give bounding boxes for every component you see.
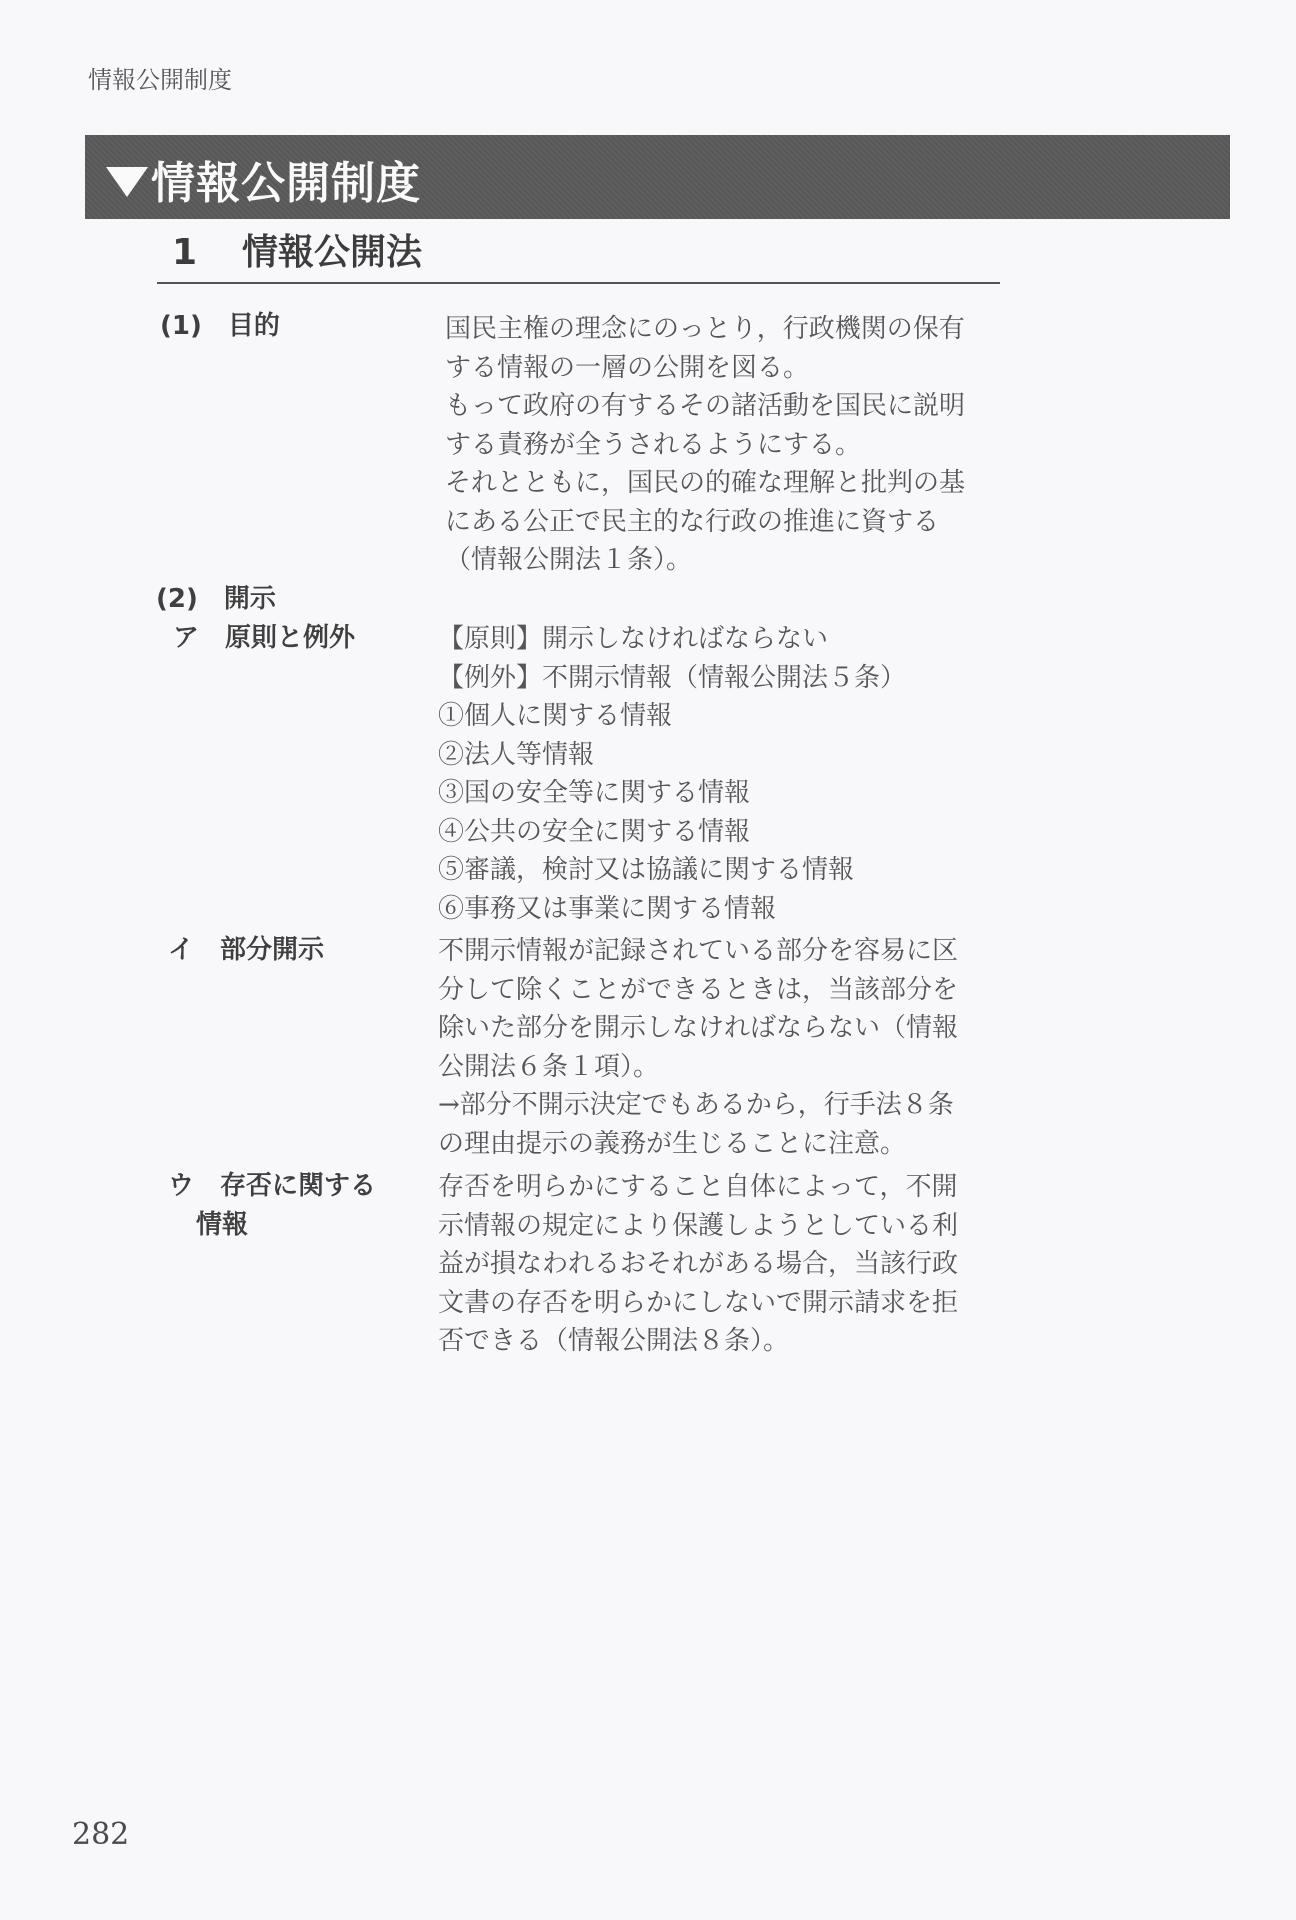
subitem-body-existence: 存否を明らかにすること自体によって，不開 示情報の規定により保護しようとしている… bbox=[438, 1168, 958, 1361]
subitem-body-principle-exception: 【原則】開示しなければならない 【例外】不開示情報（情報公開法５条） ①個人に関… bbox=[438, 620, 906, 928]
chapter-title: 情報公開制度 bbox=[151, 147, 421, 211]
chapter-header-bar: 情報公開制度 bbox=[85, 135, 1230, 219]
subitem-body-partial: 不開示情報が記録されている部分を容易に区 分して除くことができるときは，当該部分… bbox=[438, 932, 958, 1163]
body-line: 国民主権の理念にのっとり，行政機関の保有 bbox=[445, 310, 965, 349]
section-underline bbox=[157, 282, 1000, 284]
body-line: 除いた部分を開示しなければならない（情報 bbox=[438, 1009, 958, 1048]
subitem-label-partial: イ 部分開示 bbox=[168, 929, 324, 966]
body-line: ②法人等情報 bbox=[438, 736, 906, 775]
running-head: 情報公開制度 bbox=[88, 60, 232, 95]
body-line: 示情報の規定により保護しようとしている利 bbox=[438, 1207, 958, 1246]
subitem-label-existence-cont: 情報 bbox=[196, 1204, 248, 1241]
body-line: ①個人に関する情報 bbox=[438, 697, 906, 736]
body-line: ⑥事務又は事業に関する情報 bbox=[438, 890, 906, 929]
body-line: 存否を明らかにすること自体によって，不開 bbox=[438, 1168, 958, 1207]
subitem-label-principle-exception: ア 原則と例外 bbox=[173, 617, 355, 654]
body-line: それとともに，国民の的確な理解と批判の基 bbox=[445, 464, 965, 503]
item-label-disclosure: (2) 開示 bbox=[156, 578, 276, 615]
body-line: 【原則】開示しなければならない bbox=[438, 620, 906, 659]
body-line: ⑤審議，検討又は協議に関する情報 bbox=[438, 851, 906, 890]
section-heading: 1情報公開法 bbox=[172, 224, 422, 275]
body-line: （情報公開法１条）。 bbox=[445, 541, 965, 580]
body-line: にある公正で民主的な行政の推進に資する bbox=[445, 503, 965, 542]
body-line: 分して除くことができるときは，当該部分を bbox=[438, 971, 958, 1010]
body-line: 不開示情報が記録されている部分を容易に区 bbox=[438, 932, 958, 971]
section-title: 情報公開法 bbox=[242, 232, 422, 273]
body-line: 文書の存否を明らかにしないで開示請求を拒 bbox=[438, 1284, 958, 1323]
body-line: ③国の安全等に関する情報 bbox=[438, 774, 906, 813]
down-triangle-icon bbox=[106, 167, 148, 197]
body-line: もって政府の有するその諸活動を国民に説明 bbox=[445, 387, 965, 426]
item-label-purpose: (1) 目的 bbox=[160, 305, 280, 342]
body-line: する情報の一層の公開を図る。 bbox=[445, 349, 965, 388]
body-line: →部分不開示決定でもあるから，行手法８条 bbox=[438, 1086, 958, 1125]
body-line: ④公共の安全に関する情報 bbox=[438, 813, 906, 852]
body-line: 否できる（情報公開法８条）。 bbox=[438, 1322, 958, 1361]
body-line: 【例外】不開示情報（情報公開法５条） bbox=[438, 659, 906, 698]
body-line: する責務が全うされるようにする。 bbox=[445, 426, 965, 465]
subitem-label-existence: ウ 存否に関する bbox=[168, 1165, 376, 1202]
section-number: 1 bbox=[172, 232, 242, 273]
page-number: 282 bbox=[72, 1817, 129, 1852]
body-line: 益が損なわれるおそれがある場合，当該行政 bbox=[438, 1245, 958, 1284]
body-line: の理由提示の義務が生じることに注意。 bbox=[438, 1125, 958, 1164]
item-body-purpose: 国民主権の理念にのっとり，行政機関の保有 する情報の一層の公開を図る。 もって政… bbox=[445, 310, 965, 580]
body-line: 公開法６条１項）。 bbox=[438, 1048, 958, 1087]
